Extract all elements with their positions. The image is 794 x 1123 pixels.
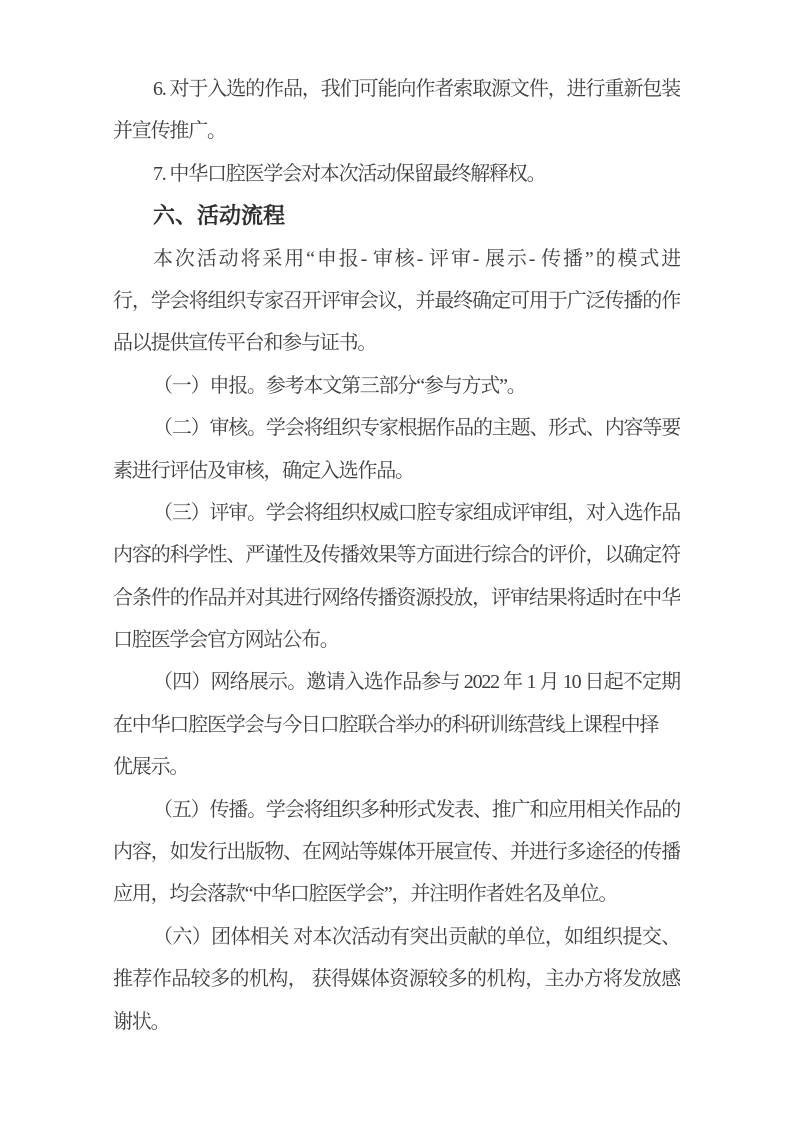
doc-line: 内容的科学性、严谨性及传播效果等方面进行综合的评价，以确定符: [113, 534, 680, 576]
doc-line: （六）团体相关 对本次活动有突出贡献的单位，如组织提交、: [113, 916, 680, 958]
doc-line: 内容，如发行出版物、在网站等媒体开展宣传、并进行多途径的传播: [113, 831, 680, 873]
paragraph-step-6-group: （六）团体相关 对本次活动有突出贡献的单位，如组织提交、 推荐作品较多的机构， …: [113, 916, 680, 1043]
paragraph-step-2-review: （二）审核。学会将组织专家根据作品的主题、形式、内容等要 素进行评估及审核，确定…: [113, 407, 680, 492]
doc-line: 推荐作品较多的机构， 获得媒体资源较多的机构，主办方将发放感: [113, 958, 680, 1000]
section-heading-activity-process: 六、活动流程: [113, 195, 680, 237]
paragraph-step-5-spread: （五）传播。学会将组织多种形式发表、推广和应用相关作品的 内容，如发行出版物、在…: [113, 789, 680, 916]
doc-line: （五）传播。学会将组织多种形式发表、推广和应用相关作品的: [113, 789, 680, 831]
doc-line: 优展示。: [113, 746, 680, 788]
paragraph-step-3-evaluate: （三）评审。学会将组织权威口腔专家组成评审组，对入选作品 内容的科学性、严谨性及…: [113, 492, 680, 662]
doc-line: 谢状。: [113, 1001, 680, 1043]
paragraph-item-6: 6. 对于入选的作品，我们可能向作者索取源文件，进行重新包装 并宣传推广。: [113, 68, 680, 153]
doc-line: （二）审核。学会将组织专家根据作品的主题、形式、内容等要: [113, 407, 680, 449]
doc-line: 7. 中华口腔医学会对本次活动保留最终解释权。: [113, 153, 680, 195]
doc-line: 合条件的作品并对其进行网络传播资源投放，评审结果将适时在中华: [113, 577, 680, 619]
doc-line: 行，学会将组织专家召开评审会议，并最终确定可用于广泛传播的作: [113, 280, 680, 322]
section-heading-text: 六、活动流程: [113, 195, 680, 237]
doc-line: （四）网络展示。邀请入选作品参与 2022 年 1 月 10 日起不定期: [113, 661, 680, 703]
paragraph-step-4-online-display: （四）网络展示。邀请入选作品参与 2022 年 1 月 10 日起不定期 在中华…: [113, 661, 680, 788]
document-content: 6. 对于入选的作品，我们可能向作者索取源文件，进行重新包装 并宣传推广。 7.…: [113, 68, 680, 1043]
doc-line: 口腔医学会官方网站公布。: [113, 619, 680, 661]
doc-line: 应用，均会落款“中华口腔医学会”，并注明作者姓名及单位。: [113, 873, 680, 915]
paragraph-process-intro: 本次活动将采用“申报- 审核- 评审- 展示- 传播”的模式进 行，学会将组织专…: [113, 238, 680, 365]
doc-line: （三）评审。学会将组织权威口腔专家组成评审组，对入选作品: [113, 492, 680, 534]
doc-line: 本次活动将采用“申报- 审核- 评审- 展示- 传播”的模式进: [113, 238, 680, 280]
doc-line: 并宣传推广。: [113, 110, 680, 152]
doc-line: 品以提供宣传平台和参与证书。: [113, 322, 680, 364]
document-page: 6. 对于入选的作品，我们可能向作者索取源文件，进行重新包装 并宣传推广。 7.…: [0, 0, 794, 1123]
doc-line: 素进行评估及审核，确定入选作品。: [113, 450, 680, 492]
doc-line: 6. 对于入选的作品，我们可能向作者索取源文件，进行重新包装: [113, 68, 680, 110]
paragraph-item-7: 7. 中华口腔医学会对本次活动保留最终解释权。: [113, 153, 680, 195]
doc-line: （一）申报。参考本文第三部分“参与方式”。: [113, 365, 680, 407]
doc-line: 在中华口腔医学会与今日口腔联合举办的科研训练营线上课程中择: [113, 704, 680, 746]
paragraph-step-1-declare: （一）申报。参考本文第三部分“参与方式”。: [113, 365, 680, 407]
